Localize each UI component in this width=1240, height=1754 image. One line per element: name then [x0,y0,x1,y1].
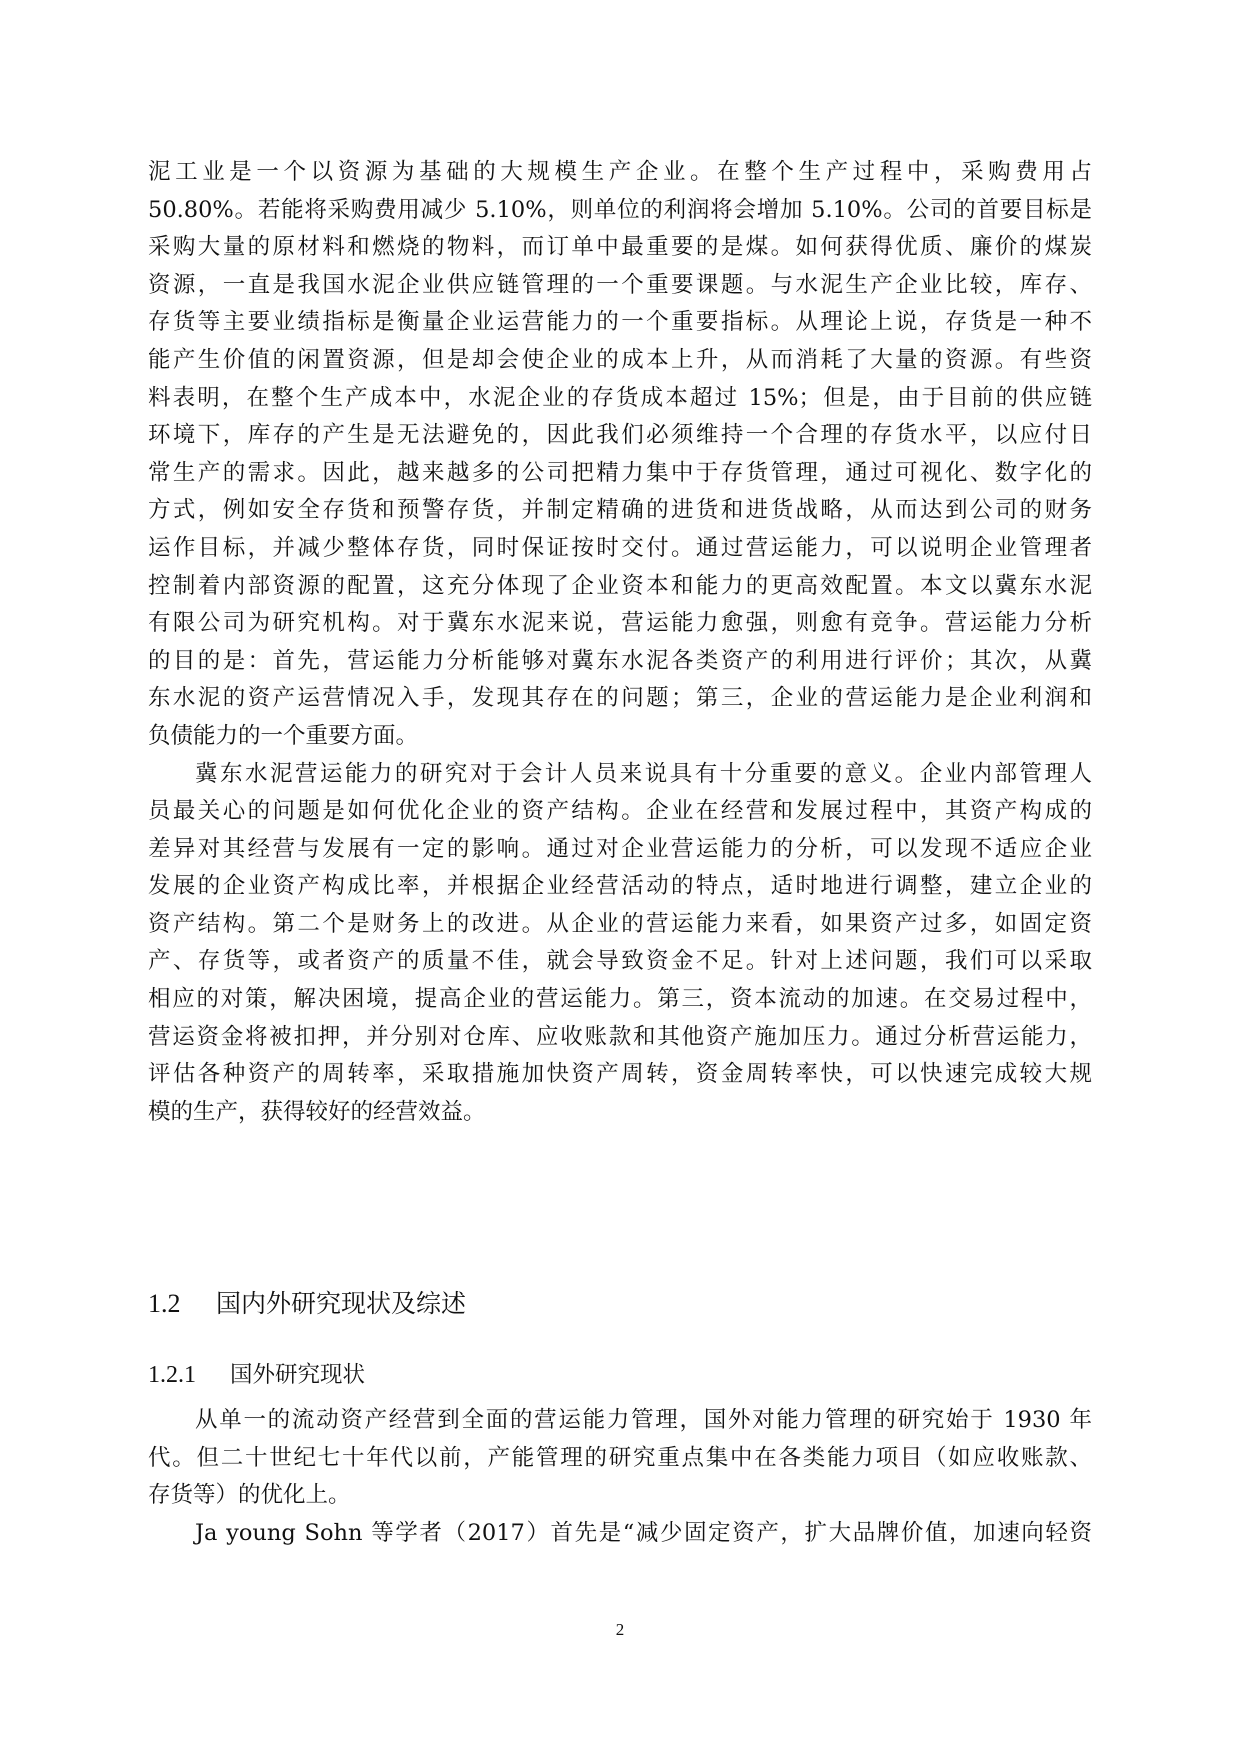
text-line: 料表明，在整个生产成本中，水泥企业的存货成本超过 15%；但是，由于目前的供应链 [148,380,1092,418]
text-line: 常生产的需求。因此，越来越多的公司把精力集中于存货管理，通过可视化、数字化的 [148,455,1092,493]
text-line: 存货等）的优化上。 [148,1477,1092,1515]
text-line: 运作目标，并减少整体存货，同时保证按时交付。通过营运能力，可以说明企业管理者 [148,530,1092,568]
text-line: 模的生产，获得较好的经营效益。 [148,1094,1092,1132]
page-number: 2 [0,1620,1240,1640]
text-line: Ja young Sohn 等学者（2017）首先是“减少固定资产，扩大品牌价值… [148,1515,1092,1553]
text-line: 泥工业是一个以资源为基础的大规模生产企业。在整个生产过程中，采购费用占 [148,154,1092,192]
document-page: 泥工业是一个以资源为基础的大规模生产企业。在整个生产过程中，采购费用占 50.8… [0,0,1240,1754]
text-line: 评估各种资产的周转率，采取措施加快资产周转，资金周转率快，可以快速完成较大规 [148,1056,1092,1094]
subsection-number: 1.2.1 [148,1357,230,1393]
section-title: 国内外研究现状及综述 [216,1289,466,1318]
text-line: 相应的对策，解决困境，提高企业的营运能力。第三，资本流动的加速。在交易过程中， [148,981,1092,1019]
text-line: 存货等主要业绩指标是衡量企业运营能力的一个重要指标。从理论上说，存货是一种不 [148,304,1092,342]
text-line: 营运资金将被扣押，并分别对仓库、应收账款和其他资产施加压力。通过分析营运能力， [148,1019,1092,1057]
body-text-section: 从单一的流动资产经营到全面的营运能力管理，国外对能力管理的研究始于 1930 年… [148,1402,1092,1552]
text-line: 资产结构。第二个是财务上的改进。从企业的营运能力来看，如果资产过多，如固定资 [148,906,1092,944]
text-line: 从单一的流动资产经营到全面的营运能力管理，国外对能力管理的研究始于 1930 年 [148,1402,1092,1440]
text-line: 的目的是：首先，营运能力分析能够对冀东水泥各类资产的利用进行评价；其次，从冀 [148,643,1092,681]
text-line: 有限公司为研究机构。对于冀东水泥来说，营运能力愈强，则愈有竞争。营运能力分析 [148,605,1092,643]
subsection-title: 国外研究现状 [230,1362,365,1388]
text-line: 采购大量的原材料和燃烧的物料，而订单中最重要的是煤。如何获得优质、廉价的煤炭 [148,229,1092,267]
text-line: 代。但二十世纪七十年代以前，产能管理的研究重点集中在各类能力项目（如应收账款、 [148,1440,1092,1478]
text-line: 方式，例如安全存货和预警存货，并制定精确的进货和进货战略，从而达到公司的财务 [148,492,1092,530]
section-number: 1.2 [148,1284,216,1324]
text-line: 负债能力的一个重要方面。 [148,718,1092,756]
text-line: 差异对其经营与发展有一定的影响。通过对企业营运能力的分析，可以发现不适应企业 [148,831,1092,869]
text-line: 发展的企业资产构成比率，并根据企业经营活动的特点，适时地进行调整，建立企业的 [148,868,1092,906]
text-line: 控制着内部资源的配置，这充分体现了企业资本和能力的更高效配置。本文以冀东水泥 [148,568,1092,606]
text-line: 产、存货等，或者资产的质量不佳，就会导致资金不足。针对上述问题，我们可以采取 [148,943,1092,981]
body-text-top: 泥工业是一个以资源为基础的大规模生产企业。在整个生产过程中，采购费用占 50.8… [148,154,1092,1131]
subsection-heading-1-2-1: 1.2.1国外研究现状 [148,1357,365,1393]
section-heading-1-2: 1.2国内外研究现状及综述 [148,1284,466,1324]
text-line: 东水泥的资产运营情况入手，发现其存在的问题；第三，企业的营运能力是企业利润和 [148,680,1092,718]
text-line: 资源，一直是我国水泥企业供应链管理的一个重要课题。与水泥生产企业比较，库存、 [148,267,1092,305]
text-line: 能产生价值的闲置资源，但是却会使企业的成本上升，从而消耗了大量的资源。有些资 [148,342,1092,380]
text-line: 冀东水泥营运能力的研究对于会计人员来说具有十分重要的意义。企业内部管理人 [148,756,1092,794]
text-line: 50.80%。若能将采购费用减少 5.10%，则单位的利润将会增加 5.10%。… [148,192,1092,230]
text-line: 环境下，库存的产生是无法避免的，因此我们必须维持一个合理的存货水平，以应付日 [148,417,1092,455]
text-line: 员最关心的问题是如何优化企业的资产结构。企业在经营和发展过程中，其资产构成的 [148,793,1092,831]
